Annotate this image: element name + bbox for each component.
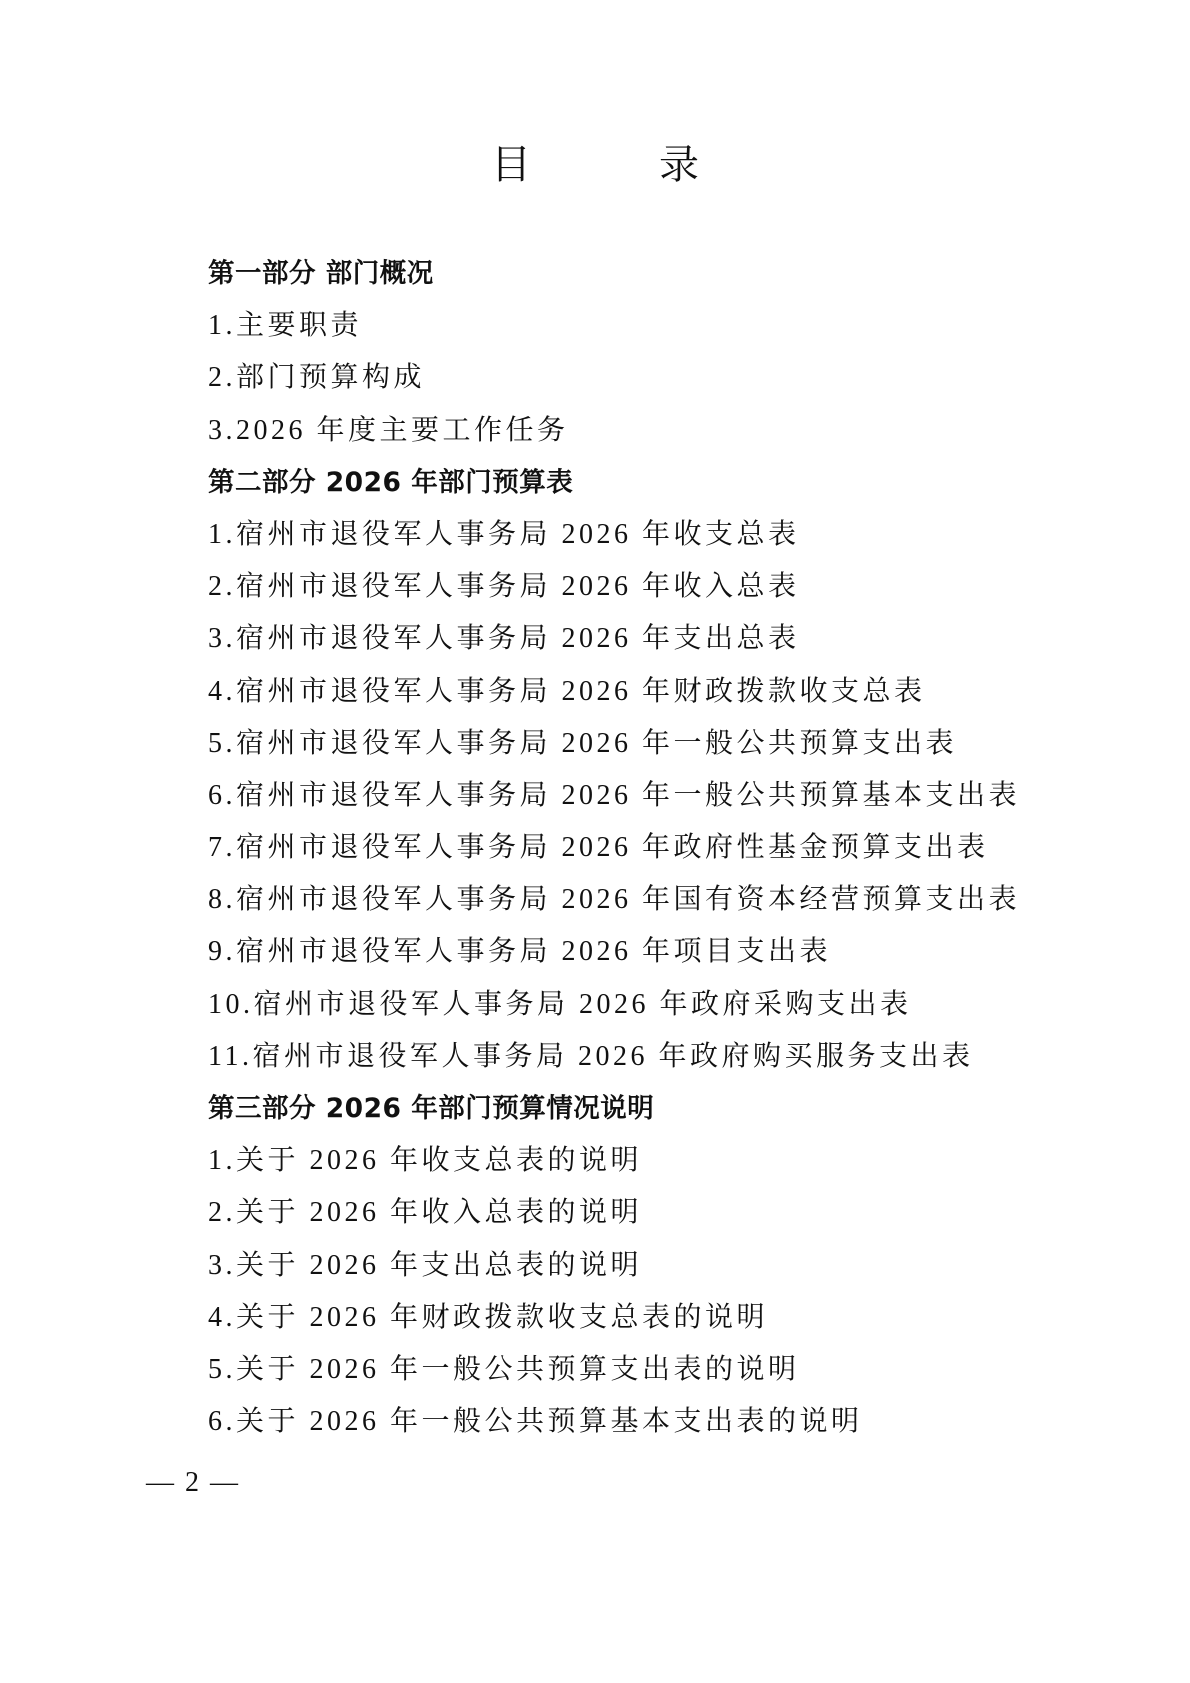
toc-entry: 5.宿州市退役军人事务局 2026 年一般公共预算支出表 — [208, 718, 1108, 770]
toc-entry: 2.部门预算构成 — [208, 352, 1108, 404]
toc-entry: 4.关于 2026 年财政拨款收支总表的说明 — [208, 1292, 1108, 1344]
toc-entry: 6.关于 2026 年一般公共预算基本支出表的说明 — [208, 1396, 1108, 1448]
toc-entry: 4.宿州市退役军人事务局 2026 年财政拨款收支总表 — [208, 666, 1108, 718]
table-of-contents: 第一部分 部门概况 1.主要职责 2.部门预算构成 3.2026 年度主要工作任… — [208, 248, 1108, 1448]
toc-entry: 7.宿州市退役军人事务局 2026 年政府性基金预算支出表 — [208, 822, 1108, 874]
toc-entry: 3.2026 年度主要工作任务 — [208, 405, 1108, 457]
toc-entry: 2.宿州市退役军人事务局 2026 年收入总表 — [208, 561, 1108, 613]
toc-entry: 10.宿州市退役军人事务局 2026 年政府采购支出表 — [208, 979, 1108, 1031]
toc-part-1-heading: 第一部分 部门概况 — [208, 248, 1108, 300]
toc-entry: 1.关于 2026 年收支总表的说明 — [208, 1135, 1108, 1187]
toc-entry: 1.主要职责 — [208, 300, 1108, 352]
toc-part-2-heading: 第二部分 2026 年部门预算表 — [208, 457, 1108, 509]
toc-entry: 9.宿州市退役军人事务局 2026 年项目支出表 — [208, 926, 1108, 978]
toc-part-3-heading: 第三部分 2026 年部门预算情况说明 — [208, 1083, 1108, 1135]
toc-entry: 3.关于 2026 年支出总表的说明 — [208, 1240, 1108, 1292]
toc-entry: 2.关于 2026 年收入总表的说明 — [208, 1187, 1108, 1239]
page-title: 目 录 — [0, 138, 1190, 192]
toc-entry: 5.关于 2026 年一般公共预算支出表的说明 — [208, 1344, 1108, 1396]
page-number: — 2 — — [146, 1466, 240, 1500]
toc-entry: 1.宿州市退役军人事务局 2026 年收支总表 — [208, 509, 1108, 561]
toc-entry: 6.宿州市退役军人事务局 2026 年一般公共预算基本支出表 — [208, 770, 1108, 822]
toc-entry: 11.宿州市退役军人事务局 2026 年政府购买服务支出表 — [208, 1031, 1108, 1083]
toc-entry: 3.宿州市退役军人事务局 2026 年支出总表 — [208, 613, 1108, 665]
toc-entry: 8.宿州市退役军人事务局 2026 年国有资本经营预算支出表 — [208, 874, 1108, 926]
